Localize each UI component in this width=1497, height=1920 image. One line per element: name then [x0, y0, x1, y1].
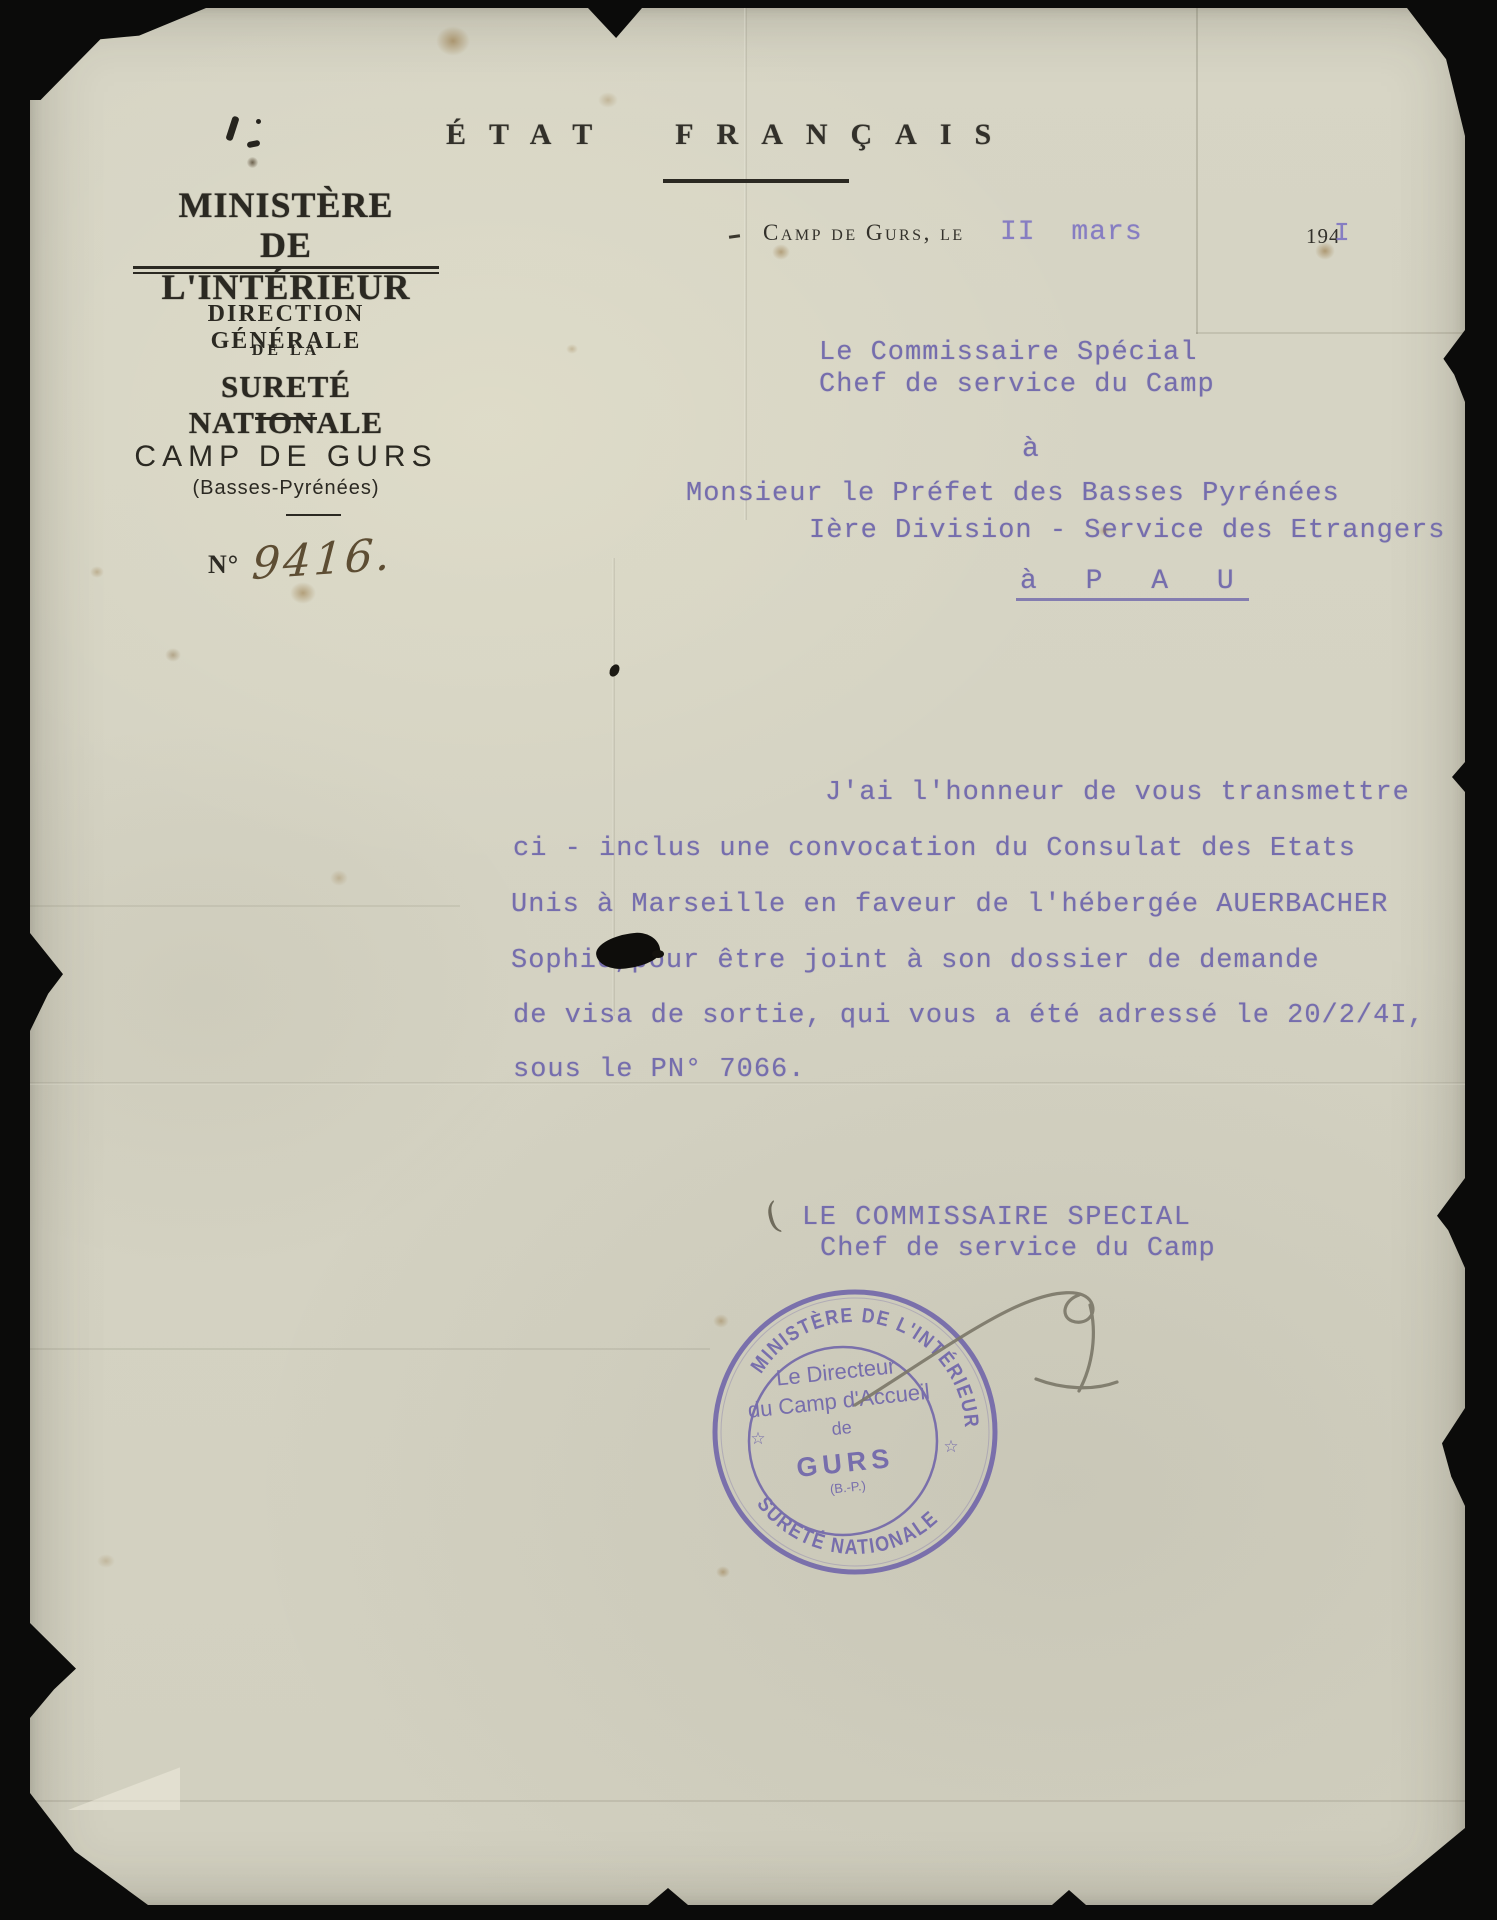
letterhead-short-rule [286, 514, 341, 516]
fold-crease-vertical [744, 8, 747, 520]
stain [90, 566, 104, 578]
pen-mark [256, 119, 261, 124]
stain [97, 1554, 115, 1568]
stain [772, 244, 790, 260]
body-line: Unis à Marseille en faveur de l'hébergée… [511, 890, 1388, 920]
sender-line2: Chef de service du Camp [819, 370, 1215, 400]
stain [330, 870, 348, 886]
stain [436, 26, 470, 56]
stamp-center-line5: (B.-P.) [829, 1478, 866, 1497]
letterhead-direction-line2: DE LA [133, 342, 439, 360]
closing-line1: LE COMMISSAIRE SPECIAL [802, 1203, 1191, 1233]
recipient-line1: Monsieur le Préfet des Basses Pyrénées [686, 479, 1340, 509]
stain [165, 648, 181, 662]
scanned-letter: ÉTAT FRANÇAIS MINISTÈRE DE L'INTÉRIEUR D… [0, 0, 1497, 1920]
stain [247, 157, 258, 168]
page-title: ÉTAT FRANÇAIS [446, 118, 1014, 152]
title-underline [663, 179, 849, 183]
body-line: J'ai l'honneur de vous transmettre [825, 778, 1410, 808]
signature-stroke [1079, 1305, 1093, 1391]
letterhead-double-rule [133, 266, 439, 274]
letterhead-short-rule [255, 417, 316, 420]
fold-crease-horizontal [30, 905, 460, 907]
letterhead-direction-line3: SURETÉ NATIONALE [133, 369, 439, 441]
reference-number-handwritten: 9416. [250, 529, 394, 590]
recipient-city-underline [1016, 598, 1249, 601]
letterhead-camp-department: (Basses-Pyrénées) [133, 477, 439, 500]
stamp-center-line3: de [831, 1417, 853, 1439]
stamp-star-right-icon: ☆ [943, 1437, 958, 1456]
salutation-particle: à [1022, 434, 1040, 465]
body-line: sous le PN° 7066. [513, 1055, 805, 1085]
letterhead-ministry-line1: MINISTÈRE [133, 184, 439, 226]
stain [566, 344, 578, 354]
sender-line1: Le Commissaire Spécial [819, 338, 1197, 368]
stamp-center-line4: GURS [795, 1443, 896, 1483]
body-line: de visa de sortie, qui vous a été adress… [513, 1001, 1425, 1031]
dateline-year-digit-typed: I [1334, 218, 1351, 248]
stamp-star-left-icon: ☆ [750, 1429, 765, 1448]
body-line: ci - inclus une convocation du Consulat … [513, 834, 1356, 864]
dateline-day-month-typed: II mars [1000, 217, 1143, 248]
recipient-city: à P A U [1020, 566, 1242, 597]
handwritten-signature [840, 1263, 1140, 1418]
stain [1315, 242, 1335, 260]
dateline-place-printed: Camp de Gurs, le [763, 220, 965, 246]
stain [1098, 526, 1110, 536]
stain [290, 582, 316, 604]
fold-crease-horizontal [30, 1800, 1465, 1802]
signature-stroke [1036, 1379, 1117, 1388]
closing-line2: Chef de service du Camp [820, 1234, 1216, 1264]
ink-blot [652, 950, 664, 958]
fold-crease-vertical [1196, 8, 1198, 334]
letterhead-camp-name: CAMP DE GURS [133, 440, 439, 474]
fold-crease-horizontal [30, 1348, 710, 1350]
reference-number-label: N° [208, 550, 239, 580]
signature-stroke [855, 1293, 1093, 1405]
fold-crease-horizontal [1196, 332, 1465, 334]
recipient-line2: Ière Division - Service des Etrangers [809, 516, 1446, 546]
stain [598, 92, 618, 108]
